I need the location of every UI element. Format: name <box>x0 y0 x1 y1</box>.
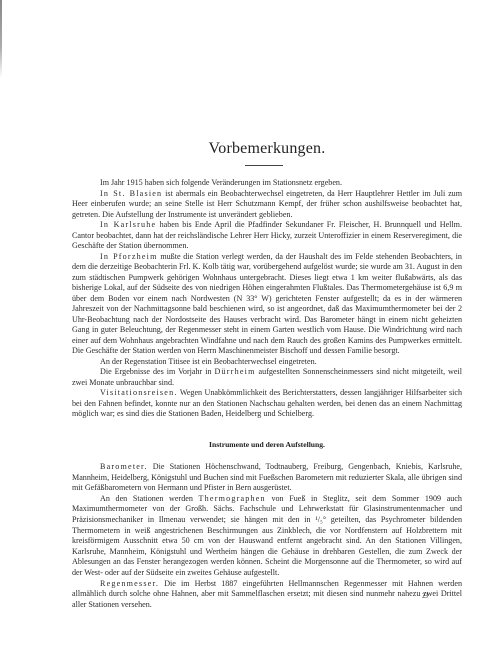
paragraph-text: mußte die Station verlegt werden, da der… <box>72 252 462 356</box>
paragraph-lead: In Karlsruhe <box>100 220 156 229</box>
paragraph-st-blasien: In St. Blasien ist abermals ein Beobacht… <box>72 189 462 221</box>
paragraph-text-before: Die Ergebnisse des im Vorjahr in <box>100 367 215 376</box>
page-number: 2J <box>422 592 428 600</box>
paragraph-lead: Barometer. <box>100 462 148 471</box>
paragraph-regenmesser: Regenmesser. Die im Herbst 1887 eingefüh… <box>72 579 462 611</box>
paragraph-spaced-term: Dürrheim <box>215 367 256 376</box>
paragraph-lead: In Pforzheim <box>100 252 158 261</box>
paragraph-visitationsreisen: Visitationsreisen. Wegen Unabkömmlichkei… <box>72 388 462 420</box>
paragraph-barometer: Barometer. Die Stationen Höchenschwand, … <box>72 462 462 494</box>
paragraph-lead: In St. Blasien <box>100 189 162 198</box>
paragraph-intro: Im Jahr 1915 haben sich folgende Verände… <box>72 178 462 189</box>
scan-edge-shadow <box>0 0 2 78</box>
section-instruments: Barometer. Die Stationen Höchenschwand, … <box>72 462 462 610</box>
title-divider <box>245 165 283 166</box>
paragraph-lead: Regenmesser. <box>100 579 159 588</box>
paragraph-lead: Visitationsreisen. <box>100 388 178 397</box>
paragraph-pforzheim: In Pforzheim mußte die Station verlegt w… <box>72 252 462 357</box>
paragraph-karlsruhe: In Karlsruhe haben bis Ende April die Pf… <box>72 220 462 252</box>
section-heading: Instrumente und deren Aufstellung. <box>72 440 462 449</box>
paragraph-text: An der Regenstation Titisee ist ein Beob… <box>100 357 317 366</box>
paragraph-text: Im Jahr 1915 haben sich folgende Verände… <box>100 178 342 187</box>
section-station-changes: Im Jahr 1915 haben sich folgende Verände… <box>72 178 462 420</box>
paragraph-text-before: An den Stationen werden <box>100 494 199 503</box>
paragraph-titisee: An der Regenstation Titisee ist ein Beob… <box>72 357 462 368</box>
paragraph-text: von Fueß in Steglitz, seit dem Sommer 19… <box>72 494 462 577</box>
paragraph-thermographen: An den Stationen werden Thermographen vo… <box>72 494 462 579</box>
paragraph-spaced-term: Thermographen <box>199 494 266 503</box>
paragraph-duerrheim: Die Ergebnisse des im Vorjahr in Dürrhei… <box>72 367 462 388</box>
page-title: Vorbemerkungen. <box>72 140 462 158</box>
